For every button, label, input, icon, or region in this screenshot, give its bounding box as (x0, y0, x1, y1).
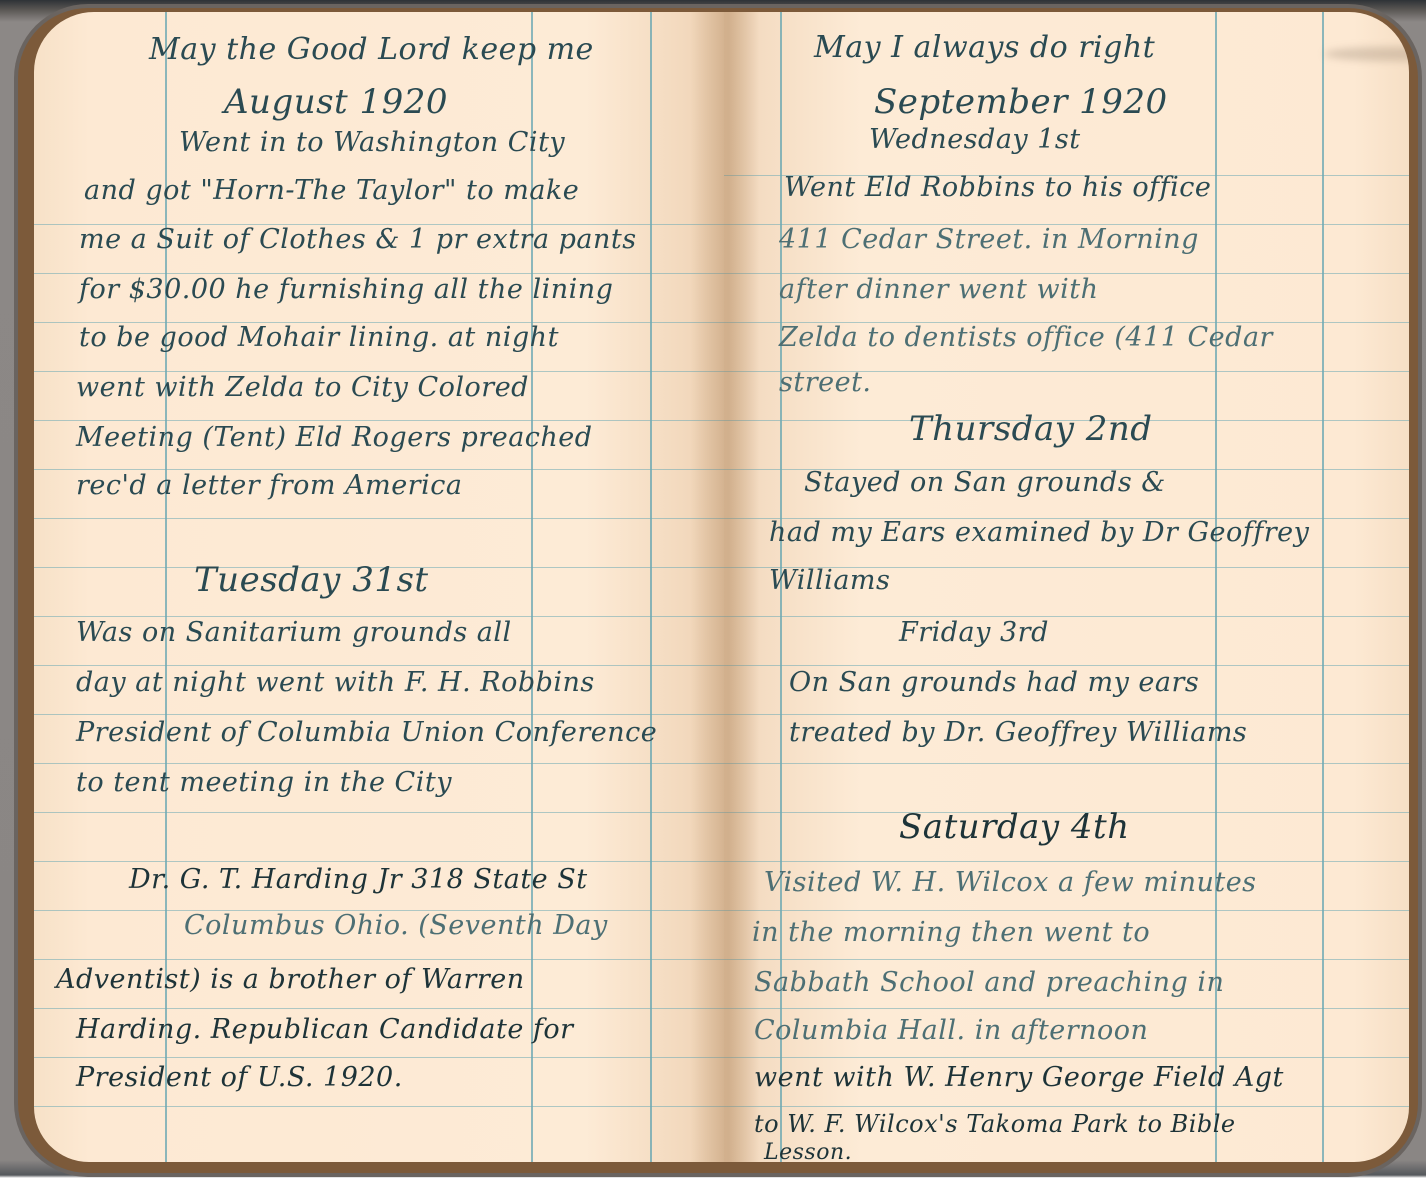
grid-hline (724, 1008, 1409, 1009)
entry-line: Meeting (Tent) Eld Rogers preached (76, 422, 593, 453)
entry-line: went with W. Henry George Field Agt (754, 1062, 1284, 1093)
grid-vline (650, 12, 652, 1162)
day-heading-wednesday: Wednesday 1st (869, 124, 1081, 155)
entry-line: Sabbath School and preaching in (754, 967, 1224, 998)
day-heading-tuesday: Tuesday 31st (194, 560, 429, 600)
grid-hline (724, 1106, 1409, 1107)
entry-line: after dinner went with (779, 274, 1098, 305)
grid-hline (34, 1057, 724, 1058)
entry-line: Went in to Washington City (179, 127, 565, 158)
entry-line: rec'd a letter from America (76, 470, 462, 501)
entry-line: street. (779, 367, 872, 398)
note-line: Dr. G. T. Harding Jr 318 State St (129, 864, 588, 895)
entry-line: went with Zelda to City Colored (76, 372, 529, 403)
grid-hline (34, 763, 724, 764)
grid-hline (724, 959, 1409, 960)
day-heading-thursday: Thursday 2nd (909, 409, 1153, 449)
grid-hline (34, 1008, 724, 1009)
grid-hline (34, 1106, 724, 1107)
grid-vline (1322, 12, 1324, 1162)
entry-line: for $30.00 he furnishing all the lining (79, 274, 613, 305)
entry-line: and got "Horn-The Taylor" to make (84, 175, 579, 206)
grid-hline (34, 861, 724, 862)
entry-line: in the morning then went to (752, 917, 1150, 948)
grid-hline (724, 714, 1409, 715)
entry-line: On San grounds had my ears (789, 667, 1199, 698)
grid-hline (34, 420, 724, 421)
entry-line: Was on Sanitarium grounds all (76, 617, 512, 648)
note-line: Harding. Republican Candidate for (76, 1014, 574, 1045)
grid-hline (724, 616, 1409, 617)
left-motto: May the Good Lord keep me (149, 32, 594, 67)
entry-line: to tent meeting in the City (76, 767, 452, 798)
note-line: Columbus Ohio. (Seventh Day (184, 910, 608, 941)
grid-hline (724, 1057, 1409, 1058)
entry-line: Lesson. (764, 1140, 852, 1162)
entry-line: me a Suit of Clothes & 1 pr extra pants (79, 224, 637, 255)
month-heading-august: August 1920 (224, 82, 448, 122)
grid-hline (724, 665, 1409, 666)
grid-hline (724, 861, 1409, 862)
entry-line: Williams (769, 565, 890, 596)
grid-hline (34, 665, 724, 666)
grid-hline (34, 714, 724, 715)
entry-line: President of Columbia Union Conference (76, 717, 657, 748)
right-motto: May I always do right (814, 30, 1155, 65)
entry-line: to W. F. Wilcox's Takoma Park to Bible (754, 1110, 1236, 1138)
ink-smudge (1324, 47, 1409, 61)
grid-hline (724, 763, 1409, 764)
grid-hline (34, 959, 724, 960)
day-heading-friday: Friday 3rd (899, 617, 1049, 648)
entry-line: Stayed on San grounds & (804, 467, 1166, 498)
note-line: President of U.S. 1920. (76, 1062, 403, 1093)
entry-line: Went Eld Robbins to his office (784, 172, 1211, 203)
left-page: May the Good Lord keep me August 1920 We… (34, 12, 724, 1162)
entry-line: day at night went with F. H. Robbins (76, 667, 595, 698)
entry-line: Columbia Hall. in afternoon (754, 1015, 1148, 1046)
entry-line: Zelda to dentists office (411 Cedar (779, 322, 1273, 353)
entry-line: Visited W. H. Wilcox a few minutes (764, 867, 1257, 898)
note-line: Adventist) is a brother of Warren (56, 964, 525, 995)
entry-line: treated by Dr. Geoffrey Williams (789, 717, 1247, 748)
right-page: May I always do right September 1920 Wed… (724, 12, 1409, 1162)
grid-hline (34, 812, 724, 813)
entry-line: had my Ears examined by Dr Geoffrey (769, 517, 1309, 548)
entry-line: 411 Cedar Street. in Morning (779, 224, 1199, 255)
grid-hline (724, 910, 1409, 911)
month-heading-september: September 1920 (874, 82, 1168, 122)
grid-hline (34, 518, 724, 519)
entry-line: to be good Mohair lining. at night (79, 322, 559, 353)
day-heading-saturday: Saturday 4th (899, 807, 1130, 847)
